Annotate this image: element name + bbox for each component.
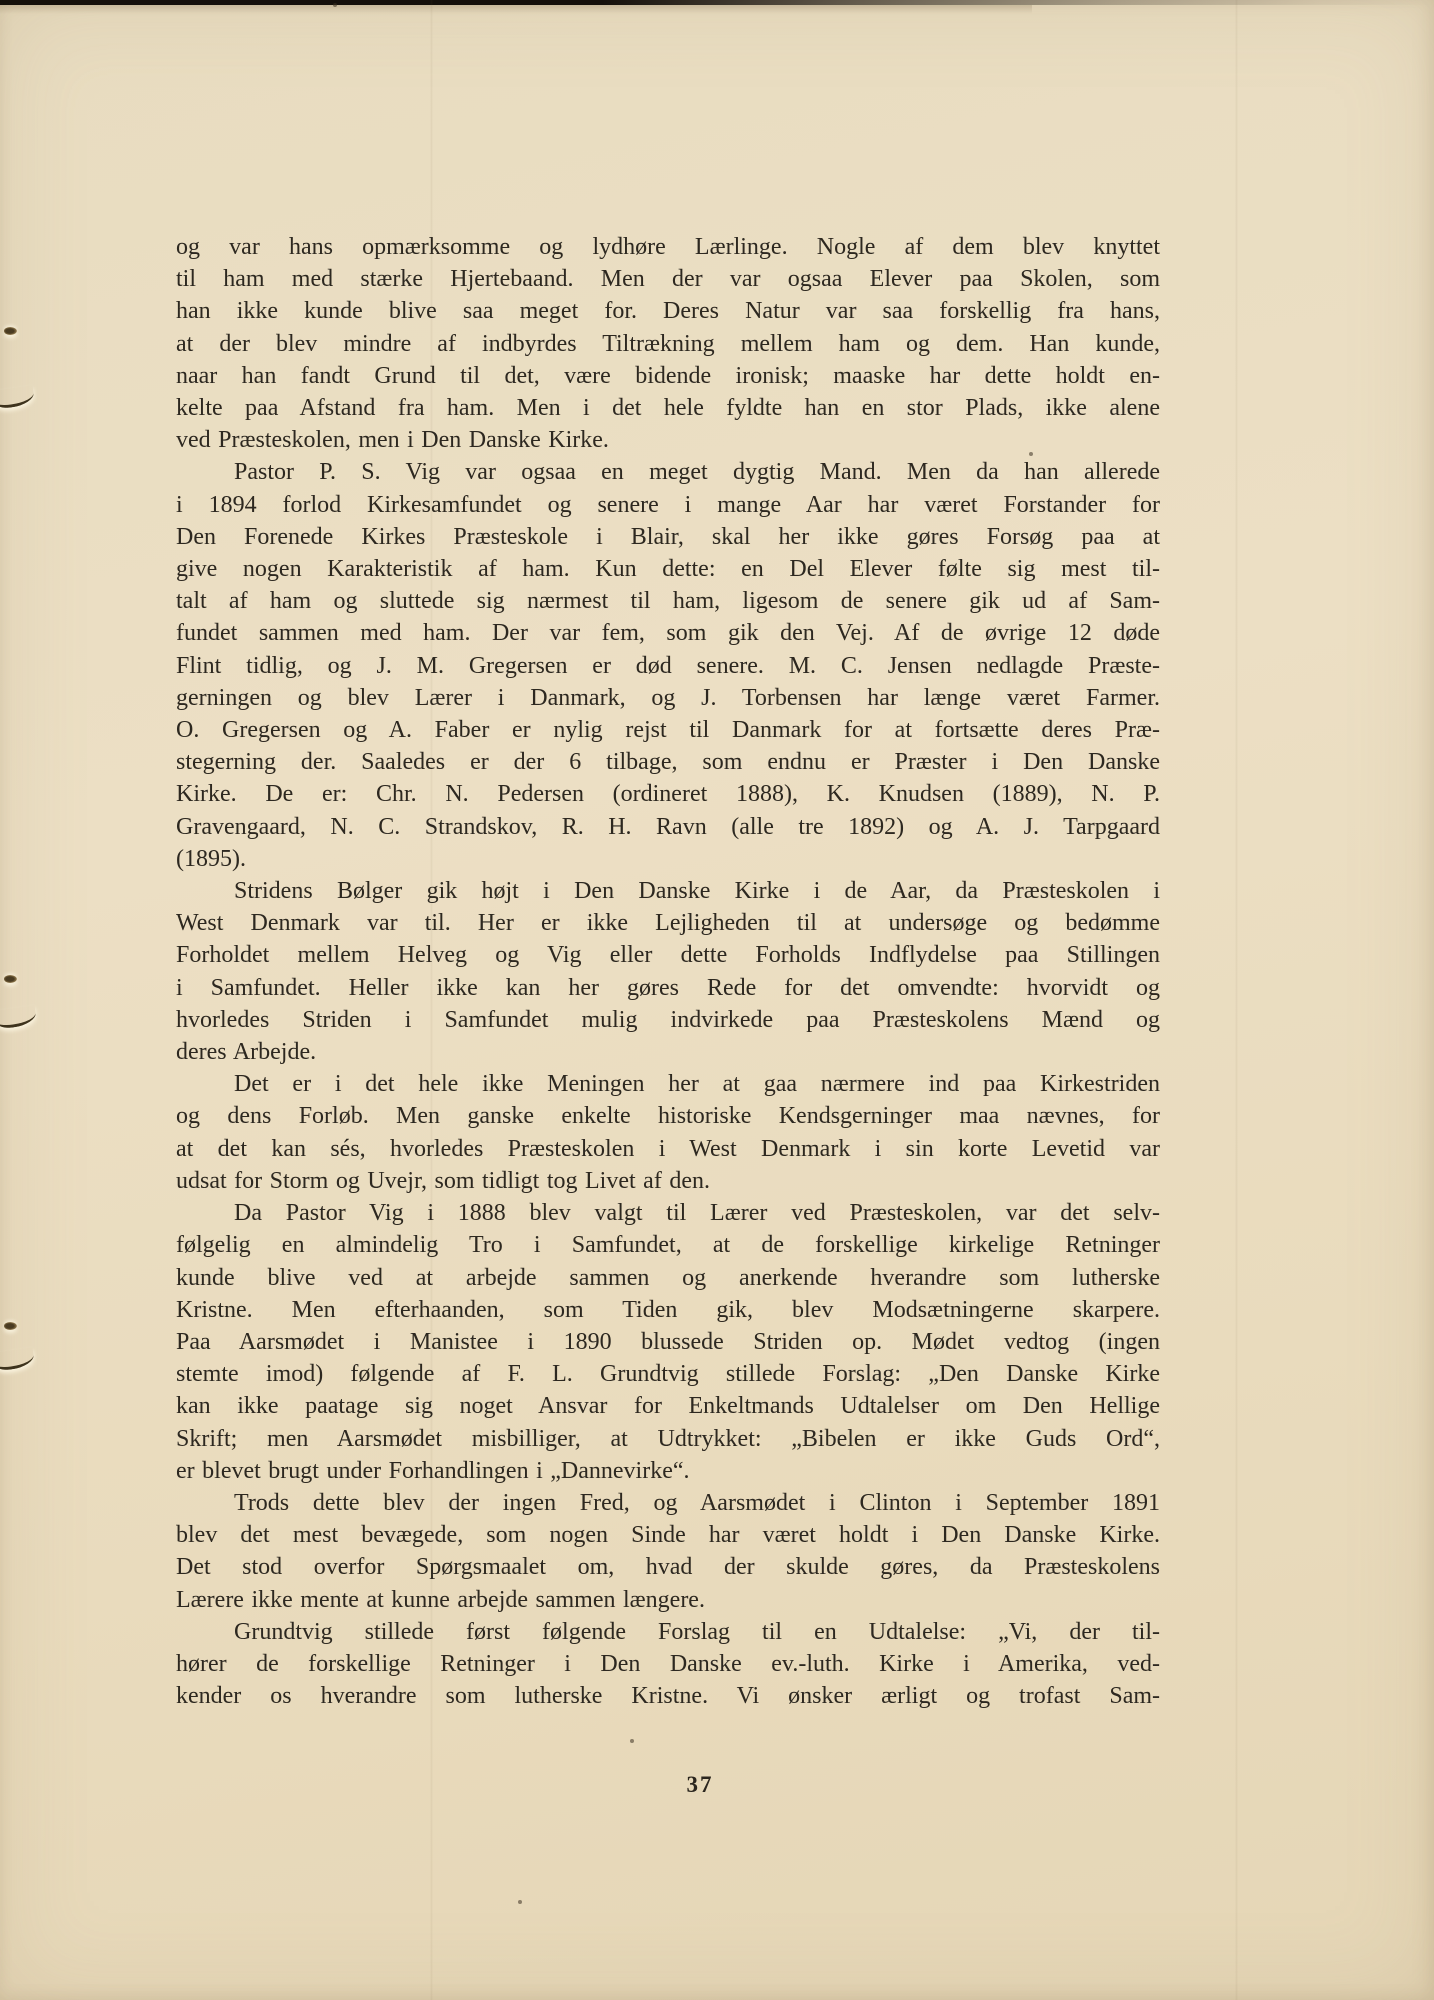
paragraph: Stridens Bølger gik højt i Den Danske Ki… (176, 875, 1160, 1068)
text-line: udsat for Storm og Uvejr, som tidligt to… (176, 1165, 1160, 1197)
text-line: kender os hverandre som lutherske Kristn… (176, 1680, 1160, 1712)
paper-speck (333, 3, 337, 7)
text-line: til ham med stærke Hjertebaand. Men der … (176, 263, 1160, 295)
binding-mark (4, 327, 17, 335)
paragraph: Grundtvig stillede først følgende Forsla… (176, 1616, 1160, 1713)
text-line: ved Præsteskolen, men i Den Danske Kirke… (176, 424, 1160, 456)
text-line: talt af ham og sluttede sig nærmest til … (176, 585, 1160, 617)
text-line: deres Arbejde. (176, 1036, 1160, 1068)
text-line: Kristne. Men efterhaanden, som Tiden gik… (176, 1294, 1160, 1326)
text-line: O. Gregersen og A. Faber er nylig rejst … (176, 714, 1160, 746)
text-line: og var hans opmærksomme og lydhøre Lærli… (176, 231, 1160, 263)
text-line: West Denmark var til. Her er ikke Lejlig… (176, 907, 1160, 939)
binding-mark (4, 1322, 17, 1330)
text-line: hvorledes Striden i Samfundet mulig indv… (176, 1004, 1160, 1036)
text-line: give nogen Karakteristik af ham. Kun det… (176, 553, 1160, 585)
text-line: Kirke. De er: Chr. N. Pedersen (ordinere… (176, 778, 1160, 810)
paper-speck (630, 1739, 634, 1743)
text-line: kan ikke paatage sig noget Ansvar for En… (176, 1390, 1160, 1422)
text-line: og dens Forløb. Men ganske enkelte histo… (176, 1100, 1160, 1132)
text-line: Grundtvig stillede først følgende Forsla… (176, 1616, 1160, 1648)
binding-mark (4, 975, 17, 983)
text-line: Lærere ikke mente at kunne arbejde samme… (176, 1584, 1160, 1616)
binding-mark (0, 1005, 37, 1029)
text-line: Trods dette blev der ingen Fred, og Aars… (176, 1487, 1160, 1519)
text-line: Skrift; men Aarsmødet misbilliger, at Ud… (176, 1423, 1160, 1455)
text-line: hører de forskellige Retninger i Den Dan… (176, 1648, 1160, 1680)
text-line: følgelig en almindelig Tro i Samfundet, … (176, 1229, 1160, 1261)
text-line: i 1894 forlod Kirkesamfundet og senere i… (176, 489, 1160, 521)
binding-mark (0, 1347, 35, 1371)
paper-fold-line (1235, 0, 1238, 2000)
text-line: kunde blive ved at arbejde sammen og ane… (176, 1262, 1160, 1294)
text-line: at der blev mindre af indbyrdes Tiltrækn… (176, 328, 1160, 360)
scan-top-edge-shadow (0, 5, 1032, 14)
text-line: Da Pastor Vig i 1888 blev valgt til Lære… (176, 1197, 1160, 1229)
paragraph: og var hans opmærksomme og lydhøre Lærli… (176, 231, 1160, 456)
text-line: Gravengaard, N. C. Strandskov, R. H. Rav… (176, 811, 1160, 843)
text-line: Den Forenede Kirkes Præsteskole i Blair,… (176, 521, 1160, 553)
text-line: gerningen og blev Lærer i Danmark, og J.… (176, 682, 1160, 714)
scanned-page: og var hans opmærksomme og lydhøre Lærli… (0, 0, 1434, 2000)
text-line: Flint tidlig, og J. M. Gregersen er død … (176, 650, 1160, 682)
text-line: kelte paa Afstand fra ham. Men i det hel… (176, 392, 1160, 424)
text-line: Det er i det hele ikke Meningen her at g… (176, 1068, 1160, 1100)
text-line: stemte imod) følgende af F. L. Grundtvig… (176, 1358, 1160, 1390)
text-line: i Samfundet. Heller ikke kan her gøres R… (176, 972, 1160, 1004)
paragraph: Pastor P. S. Vig var ogsaa en meget dygt… (176, 456, 1160, 875)
text-line: fundet sammen med ham. Der var fem, som … (176, 617, 1160, 649)
text-line: Pastor P. S. Vig var ogsaa en meget dygt… (176, 456, 1160, 488)
paragraph: Trods dette blev der ingen Fred, og Aars… (176, 1487, 1160, 1616)
binding-mark (0, 385, 35, 409)
paragraph: Det er i det hele ikke Meningen her at g… (176, 1068, 1160, 1197)
text-line: at det kan sés, hvorledes Præsteskolen i… (176, 1133, 1160, 1165)
page-number: 37 (670, 1772, 730, 1798)
paragraph: Da Pastor Vig i 1888 blev valgt til Lære… (176, 1197, 1160, 1487)
text-line: Forholdet mellem Helveg og Vig eller det… (176, 939, 1160, 971)
text-line: Stridens Bølger gik højt i Den Danske Ki… (176, 875, 1160, 907)
text-line: Det stod overfor Spørgsmaalet om, hvad d… (176, 1551, 1160, 1583)
text-line: er blevet brugt under Forhandlingen i „D… (176, 1455, 1160, 1487)
paper-speck (518, 1900, 522, 1904)
text-line: Paa Aarsmødet i Manistee i 1890 blussede… (176, 1326, 1160, 1358)
text-line: stegerning der. Saaledes er der 6 tilbag… (176, 746, 1160, 778)
text-line: blev det mest bevægede, som nogen Sinde … (176, 1519, 1160, 1551)
text-line: naar han fandt Grund til det, være biden… (176, 360, 1160, 392)
body-text: og var hans opmærksomme og lydhøre Lærli… (176, 231, 1160, 1712)
text-line: (1895). (176, 843, 1160, 875)
text-line: han ikke kunde blive saa meget for. Dere… (176, 295, 1160, 327)
